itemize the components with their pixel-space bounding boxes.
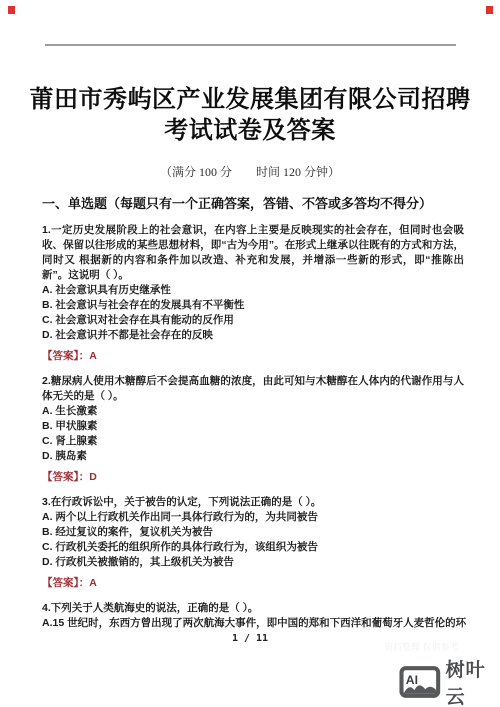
question-option: C. 行政机关委托的组织所作的具体行政行为，该组织为被告 <box>42 540 464 555</box>
question-option: D. 胰岛素 <box>42 449 464 464</box>
red-corner-mark-right <box>486 6 493 14</box>
question-option: A. 生长激素 <box>42 404 464 419</box>
answer-label: 【答案】：A <box>42 349 464 364</box>
question-stem: 2.糖尿病人使用木糖醇后不会提高血糖的浓度，由此可知与木糖醇在人体内的代谢作用与… <box>42 374 464 404</box>
question-option: D. 行政机关被撤销的，其上级机关为被告 <box>42 555 464 570</box>
exam-score-time-subtitle: （满分 100 分 时间 120 分钟） <box>0 163 500 180</box>
question-option: C. 社会意识对社会存在具有能动的反作用 <box>42 313 464 328</box>
ai-image-logo-icon: AI <box>399 664 441 700</box>
exam-document-page: 莆田市秀屿区产业发展集团有限公司招聘考试试卷及答案 （满分 100 分 时间 1… <box>0 0 500 707</box>
question-option: A.15 世纪时，东西方曾出现了两次航海大事件，即中国的郑和下西洋和葡萄牙人麦哲… <box>42 616 464 631</box>
red-corner-mark-left <box>8 6 15 14</box>
question-block: 2.糖尿病人使用木糖醇后不会提高血糖的浓度，由此可知与木糖醇在人体内的代谢作用与… <box>42 374 464 485</box>
question-option: B. 社会意识与社会存在的发展具有不平衡性 <box>42 298 464 313</box>
brand-logo: AI 树叶云 <box>399 655 500 707</box>
question-stem: 1.一定历史发展阶段上的社会意识，在内容上主要是反映现实的社会存在，但同时也会吸… <box>42 223 464 283</box>
answer-label: 【答案】：A <box>42 576 464 591</box>
question-option: D. 社会意识并不都是社会存在的反映 <box>42 328 464 343</box>
question-option: C. 肾上腺素 <box>42 434 464 449</box>
question-stem: 4.下列关于人类航海史的说法，正确的是（ ）。 <box>42 601 464 616</box>
brand-name: 树叶云 <box>446 655 500 707</box>
question-stem: 3.在行政诉讼中，关于被告的认定，下列说法正确的是（ ）。 <box>42 495 464 510</box>
question-option: A. 两个以上行政机关作出同一具体行政行为的，为共同被告 <box>42 510 464 525</box>
answer-label: 【答案】：D <box>42 470 464 485</box>
page-title: 莆田市秀屿区产业发展集团有限公司招聘考试试卷及答案 <box>28 84 472 146</box>
question-block: 3.在行政诉讼中，关于被告的认定，下列说法正确的是（ ）。A. 两个以上行政机关… <box>42 495 464 591</box>
question-option: A. 社会意识具有历史继承性 <box>42 283 464 298</box>
header-divider <box>45 44 456 46</box>
question-list: 1.一定历史发展阶段上的社会意识，在内容上主要是反映现实的社会存在，但同时也会吸… <box>42 223 464 631</box>
question-option: B. 经过复议的案件，复议机关为被告 <box>42 525 464 540</box>
section-heading: 一、单选题（每题只有一个正确答案，答错、不答或多答均不得分） <box>42 195 464 213</box>
faint-watermark-text: 资料整理 仅供参考 <box>384 640 459 653</box>
question-block: 1.一定历史发展阶段上的社会意识，在内容上主要是反映现实的社会存在，但同时也会吸… <box>42 223 464 364</box>
question-option: B. 甲状腺素 <box>42 419 464 434</box>
svg-text:AI: AI <box>406 673 418 687</box>
exam-content: 一、单选题（每题只有一个正确答案，答错、不答或多答均不得分） 1.一定历史发展阶… <box>42 195 464 631</box>
question-block: 4.下列关于人类航海史的说法，正确的是（ ）。A.15 世纪时，东西方曾出现了两… <box>42 601 464 631</box>
